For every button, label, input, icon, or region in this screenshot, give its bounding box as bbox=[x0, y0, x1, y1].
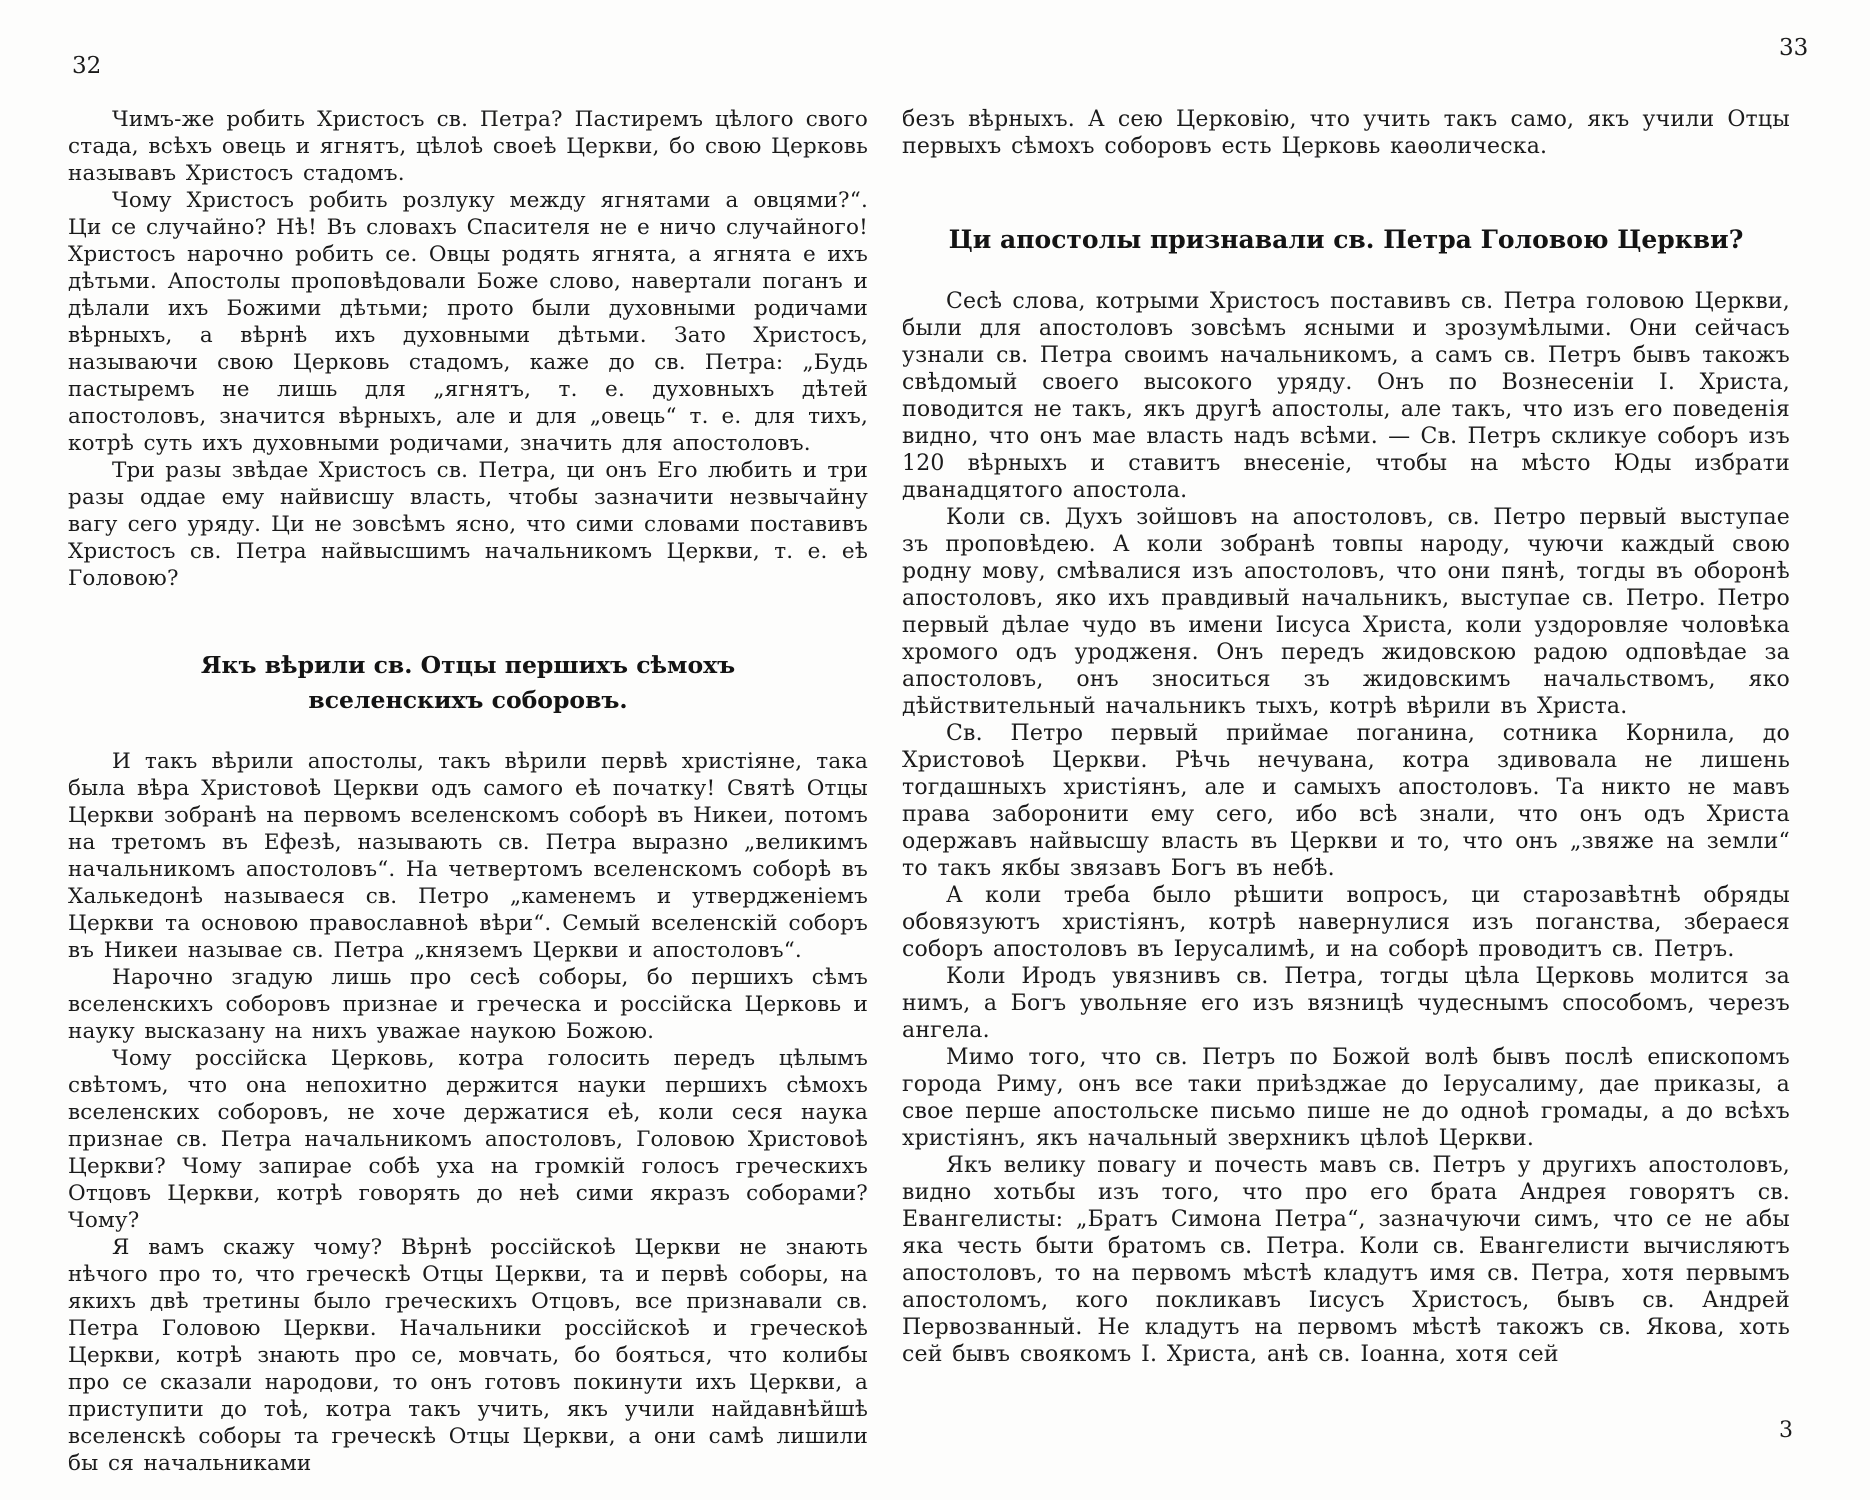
paragraph: Коли св. Духъ зойшовъ на апостоловъ, св.… bbox=[902, 504, 1790, 720]
paragraph: Три разы звѣдае Христосъ св. Петра, ци о… bbox=[68, 457, 868, 592]
page-number-right: 33 bbox=[1779, 36, 1808, 60]
paragraph: Мимо того, что св. Петръ по Божой волѣ б… bbox=[902, 1044, 1790, 1152]
page-32-text-column: Чимъ-же робить Христосъ св. Петра? Пасти… bbox=[68, 106, 868, 1477]
paragraph: Нарочно згадую лишь про сесѣ соборы, бо … bbox=[68, 964, 868, 1045]
paragraph: А коли треба было рѣшити вопросъ, ци ста… bbox=[902, 882, 1790, 963]
paragraph: Чому Христосъ робить розлуку между ягнят… bbox=[68, 187, 868, 457]
section-heading-right: Ци апостолы признавали св. Петра Головою… bbox=[902, 222, 1790, 258]
paragraph: Коли Иродъ увязнивъ св. Петра, тогды цѣл… bbox=[902, 963, 1790, 1044]
page-33-text-column: безъ вѣрныхъ. А сею Церковію, что учить … bbox=[902, 106, 1790, 1368]
paragraph: Св. Петро первый приймае поганина, сотни… bbox=[902, 720, 1790, 882]
paragraph: И такъ вѣрили апостолы, такъ вѣрили перв… bbox=[68, 748, 868, 964]
paragraph: Чому россійска Церковь, котра голосить п… bbox=[68, 1045, 868, 1234]
section-heading-left: Якъ вѣрили св. Отцы першихъ сѣмохъ вселе… bbox=[128, 648, 808, 718]
paragraph: Чимъ-же робить Христосъ св. Петра? Пасти… bbox=[68, 106, 868, 187]
paragraph: Сесѣ слова, котрыми Христосъ поставивъ с… bbox=[902, 288, 1790, 504]
signature-mark: 3 bbox=[1779, 1418, 1793, 1443]
continuation-paragraph: безъ вѣрныхъ. А сею Церковію, что учить … bbox=[902, 106, 1790, 160]
paragraph: Я вамъ скажу чому? Вѣрнѣ россійскоѣ Церк… bbox=[68, 1234, 868, 1477]
paragraph: Якъ велику повагу и почесть мавъ св. Пет… bbox=[902, 1152, 1790, 1368]
page-number-left: 32 bbox=[72, 54, 101, 78]
